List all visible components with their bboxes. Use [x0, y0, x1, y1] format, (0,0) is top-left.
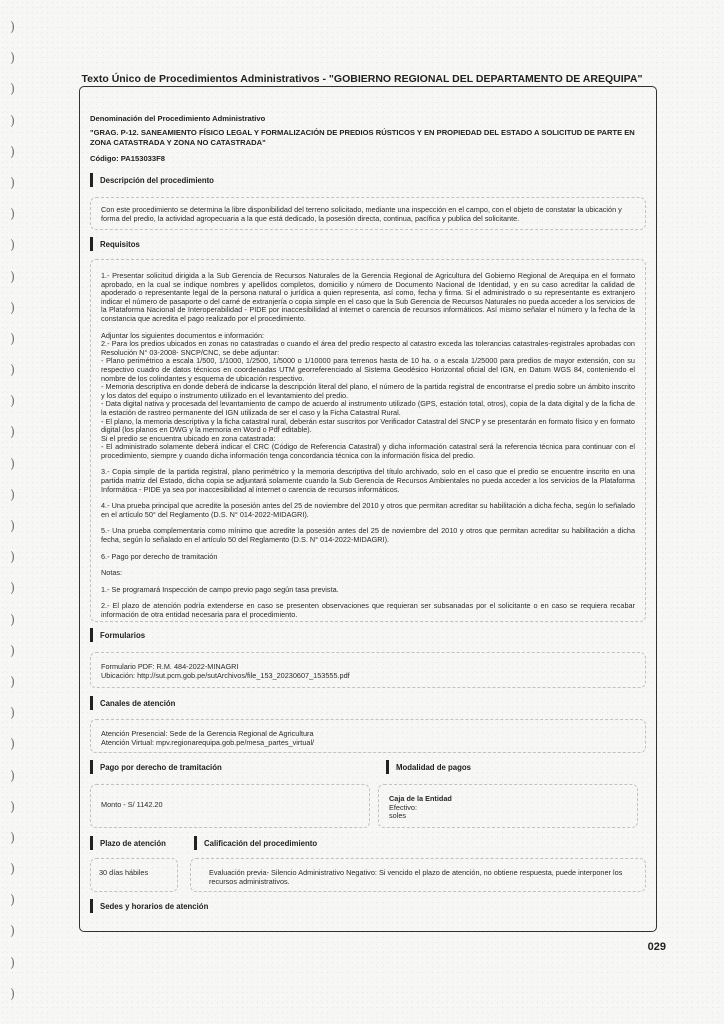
section-title: Pago por derecho de tramitación [100, 763, 222, 772]
requirement-2-crc: - El administrado solamente deberá indic… [101, 443, 635, 460]
forms-box: Formulario PDF: R.M. 484-2022-MINAGRI Ub… [90, 652, 646, 688]
requirement-2-data: - Data digital nativa y procesada del le… [101, 400, 635, 417]
denomination-label: Denominación del Procedimiento Administr… [90, 114, 265, 123]
requirements-box: 1.- Presentar solicitud dirigida a la Su… [90, 259, 646, 622]
requirement-3: 3.- Copia simple de la partida registral… [101, 468, 635, 494]
description-text: Con este procedimiento se determina la l… [101, 206, 635, 223]
channels-box: Atención Presencial: Sede de la Gerencia… [90, 719, 646, 753]
section-marker [194, 836, 197, 850]
qualification-text: Evaluación previa- Silencio Administrati… [209, 869, 635, 886]
section-channels-heading: Canales de atención [90, 696, 175, 710]
description-box: Con este procedimiento se determina la l… [90, 197, 646, 230]
requirement-6: 6.- Pago por derecho de tramitación [101, 553, 635, 562]
qualification-box: Evaluación previa- Silencio Administrati… [190, 858, 646, 892]
binder-hole-marks: )))))))))))))))))))))))))))))))) [10, 18, 24, 1016]
requirement-2-firma: - El plano, la memoria descriptiva y la … [101, 418, 635, 435]
payment-modes-box: Caja de la Entidad Efectivo: soles [378, 784, 638, 828]
procedure-code: Código: PA153033F8 [90, 154, 165, 163]
fee-box: Monto - S/ 1142.20 [90, 784, 370, 828]
requirement-4: 4.- Una prueba principal que acredite la… [101, 502, 635, 519]
section-marker [90, 836, 93, 850]
deadline-box: 30 días hábiles [90, 858, 178, 892]
requirement-2-memoria: - Memoria descriptiva en donde deberá de… [101, 383, 635, 400]
deadline-value: 30 días hábiles [99, 869, 169, 878]
payment-mode-title: Caja de la Entidad [389, 795, 627, 804]
section-marker [90, 237, 93, 251]
note-1: 1.- Se programará Inspección de campo pr… [101, 586, 635, 595]
requirement-5: 5.- Una prueba complementaria como mínim… [101, 527, 635, 544]
section-title: Sedes y horarios de atención [100, 902, 208, 911]
document-title: Texto Único de Procedimientos Administra… [0, 73, 724, 85]
page-number: 029 [648, 941, 666, 953]
section-title: Modalidad de pagos [396, 763, 471, 772]
section-payment-modes-heading: Modalidad de pagos [386, 760, 471, 774]
section-marker [90, 696, 93, 710]
procedure-card: Denominación del Procedimiento Administr… [79, 86, 657, 932]
section-deadline-heading: Plazo de atención [90, 836, 166, 850]
section-fee-heading: Pago por derecho de tramitación [90, 760, 222, 774]
section-title: Canales de atención [100, 699, 175, 708]
section-offices-heading: Sedes y horarios de atención [90, 899, 208, 913]
section-requirements-heading: Requisitos [90, 237, 140, 251]
channel-virtual-link[interactable]: Atención Virtual: mpv.regionarequipa.gob… [101, 739, 635, 748]
section-forms-heading: Formularios [90, 628, 145, 642]
section-marker [386, 760, 389, 774]
requirement-1: 1.- Presentar solicitud dirigida a la Su… [101, 272, 635, 324]
procedure-name: "GRAG. P-12. SANEAMIENTO FÍSICO LEGAL Y … [90, 128, 646, 148]
section-title: Requisitos [100, 240, 140, 249]
section-marker [90, 899, 93, 913]
section-title: Descripción del procedimiento [100, 176, 214, 185]
note-2: 2.- El plazo de atención podría extender… [101, 602, 635, 619]
section-title: Plazo de atención [100, 839, 166, 848]
requirement-2-plano: - Plano perimétrico a escala 1/500, 1/10… [101, 357, 635, 383]
section-description-heading: Descripción del procedimiento [90, 173, 214, 187]
section-title: Formularios [100, 631, 145, 640]
section-marker [90, 628, 93, 642]
fee-amount: Monto - S/ 1142.20 [101, 801, 359, 810]
section-marker [90, 760, 93, 774]
form-location-link[interactable]: Ubicación: http://sut.pcm.gob.pe/sutArch… [101, 672, 635, 681]
notes-label: Notas: [101, 569, 635, 578]
payment-mode-currency: soles [389, 812, 627, 821]
section-title: Calificación del procedimiento [204, 839, 317, 848]
payment-mode-cash: Efectivo: [389, 804, 627, 813]
section-qualification-heading: Calificación del procedimiento [194, 836, 317, 850]
requirement-2: 2.- Para los predios ubicados en zonas n… [101, 340, 635, 357]
section-marker [90, 173, 93, 187]
